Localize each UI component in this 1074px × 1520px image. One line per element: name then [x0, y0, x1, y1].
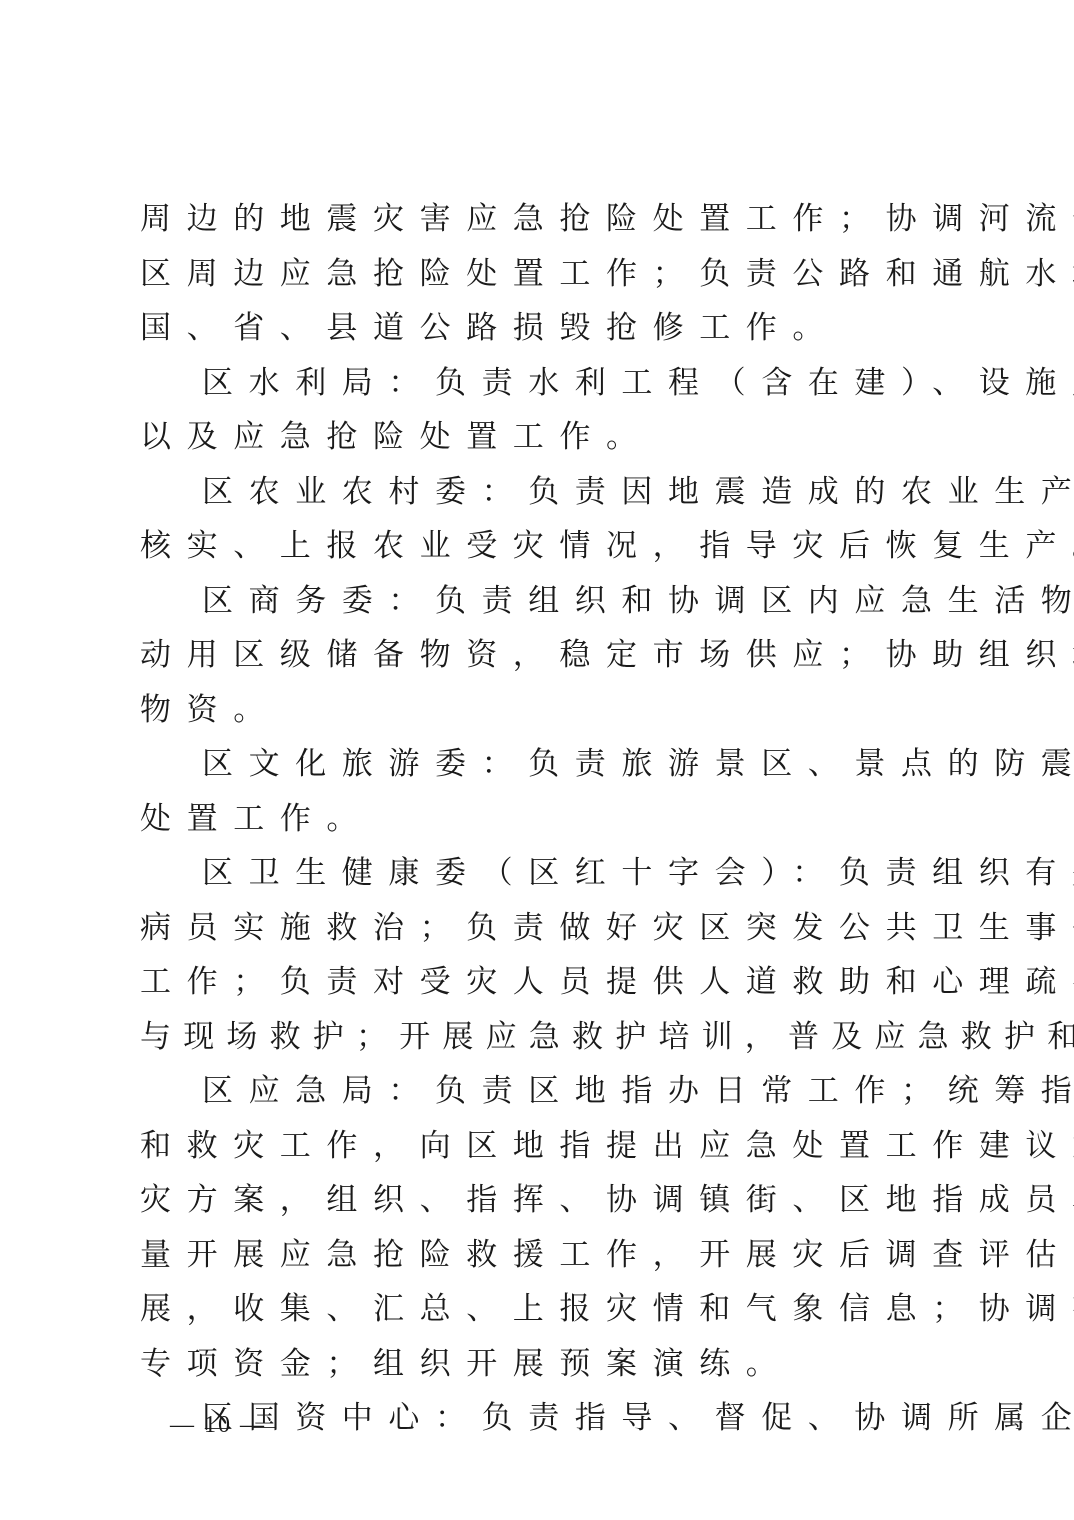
paragraph-health: 区卫生健康委（区红十字会）：负责组织有关医疗单位对伤: [140, 846, 937, 901]
text-line: 与现场救护；开展应急救护培训，普及应急救护和卫生健康知识。: [140, 1010, 937, 1065]
text-line: 国、省、县道公路损毁抢修工作。: [140, 301, 937, 356]
text-line: 物资。: [140, 683, 937, 738]
text-line: 展，收集、汇总、上报灾情和气象信息；协调有关部门落实救灾: [140, 1282, 937, 1337]
text-line: 核实、上报农业受灾情况，指导灾后恢复生产。: [140, 519, 937, 574]
text-line: 以及应急抢险处置工作。: [140, 410, 937, 465]
paragraph-water-bureau: 区水利局：负责水利工程（含在建）、设施及周边防震减灾: [140, 356, 937, 411]
text-line: 灾方案，组织、指挥、协调镇街、区地指成员单位和抢险救援力: [140, 1173, 937, 1228]
document-body: 周边的地震灾害应急抢险处置工作；协调河流干线的航道及控制 区周边应急抢险处置工作…: [140, 192, 937, 1446]
text-line: 动用区级储备物资，稳定市场供应；协助组织地震灾害救灾相关: [140, 628, 937, 683]
text-line: 区周边应急抢险处置工作；负责公路和通航水域应急运输保障及: [140, 247, 937, 302]
page-number: — 10 —: [170, 1412, 266, 1439]
text-line: 专项资金；组织开展预案演练。: [140, 1337, 937, 1392]
paragraph-agriculture: 区农业农村委：负责因地震造成的农业生产受灾情况调查，: [140, 465, 937, 520]
text-line: 病员实施救治；负责做好灾区突发公共卫生事件监测评估与防控: [140, 901, 937, 956]
text-line: 和救灾工作，向区地指提出应急处置工作建议意见；制定抢险救: [140, 1119, 937, 1174]
paragraph-commerce: 区商务委：负责组织和协调区内应急生活物资供应，按程序: [140, 574, 937, 629]
text-line: 工作；负责对受灾人员提供人道救助和心理疏导，组织志愿者参: [140, 955, 937, 1010]
paragraph-culture-tourism: 区文化旅游委：负责旅游景区、景点的防震减灾和应急抢险: [140, 737, 937, 792]
text-line: 周边的地震灾害应急抢险处置工作；协调河流干线的航道及控制: [140, 192, 937, 247]
text-line: 量开展应急抢险救援工作，开展灾后调查评估；负责监测灾情发: [140, 1228, 937, 1283]
paragraph-emergency-bureau: 区应急局：负责区地指办日常工作；统筹指导全区防震减灾: [140, 1064, 937, 1119]
text-line: 处置工作。: [140, 792, 937, 847]
